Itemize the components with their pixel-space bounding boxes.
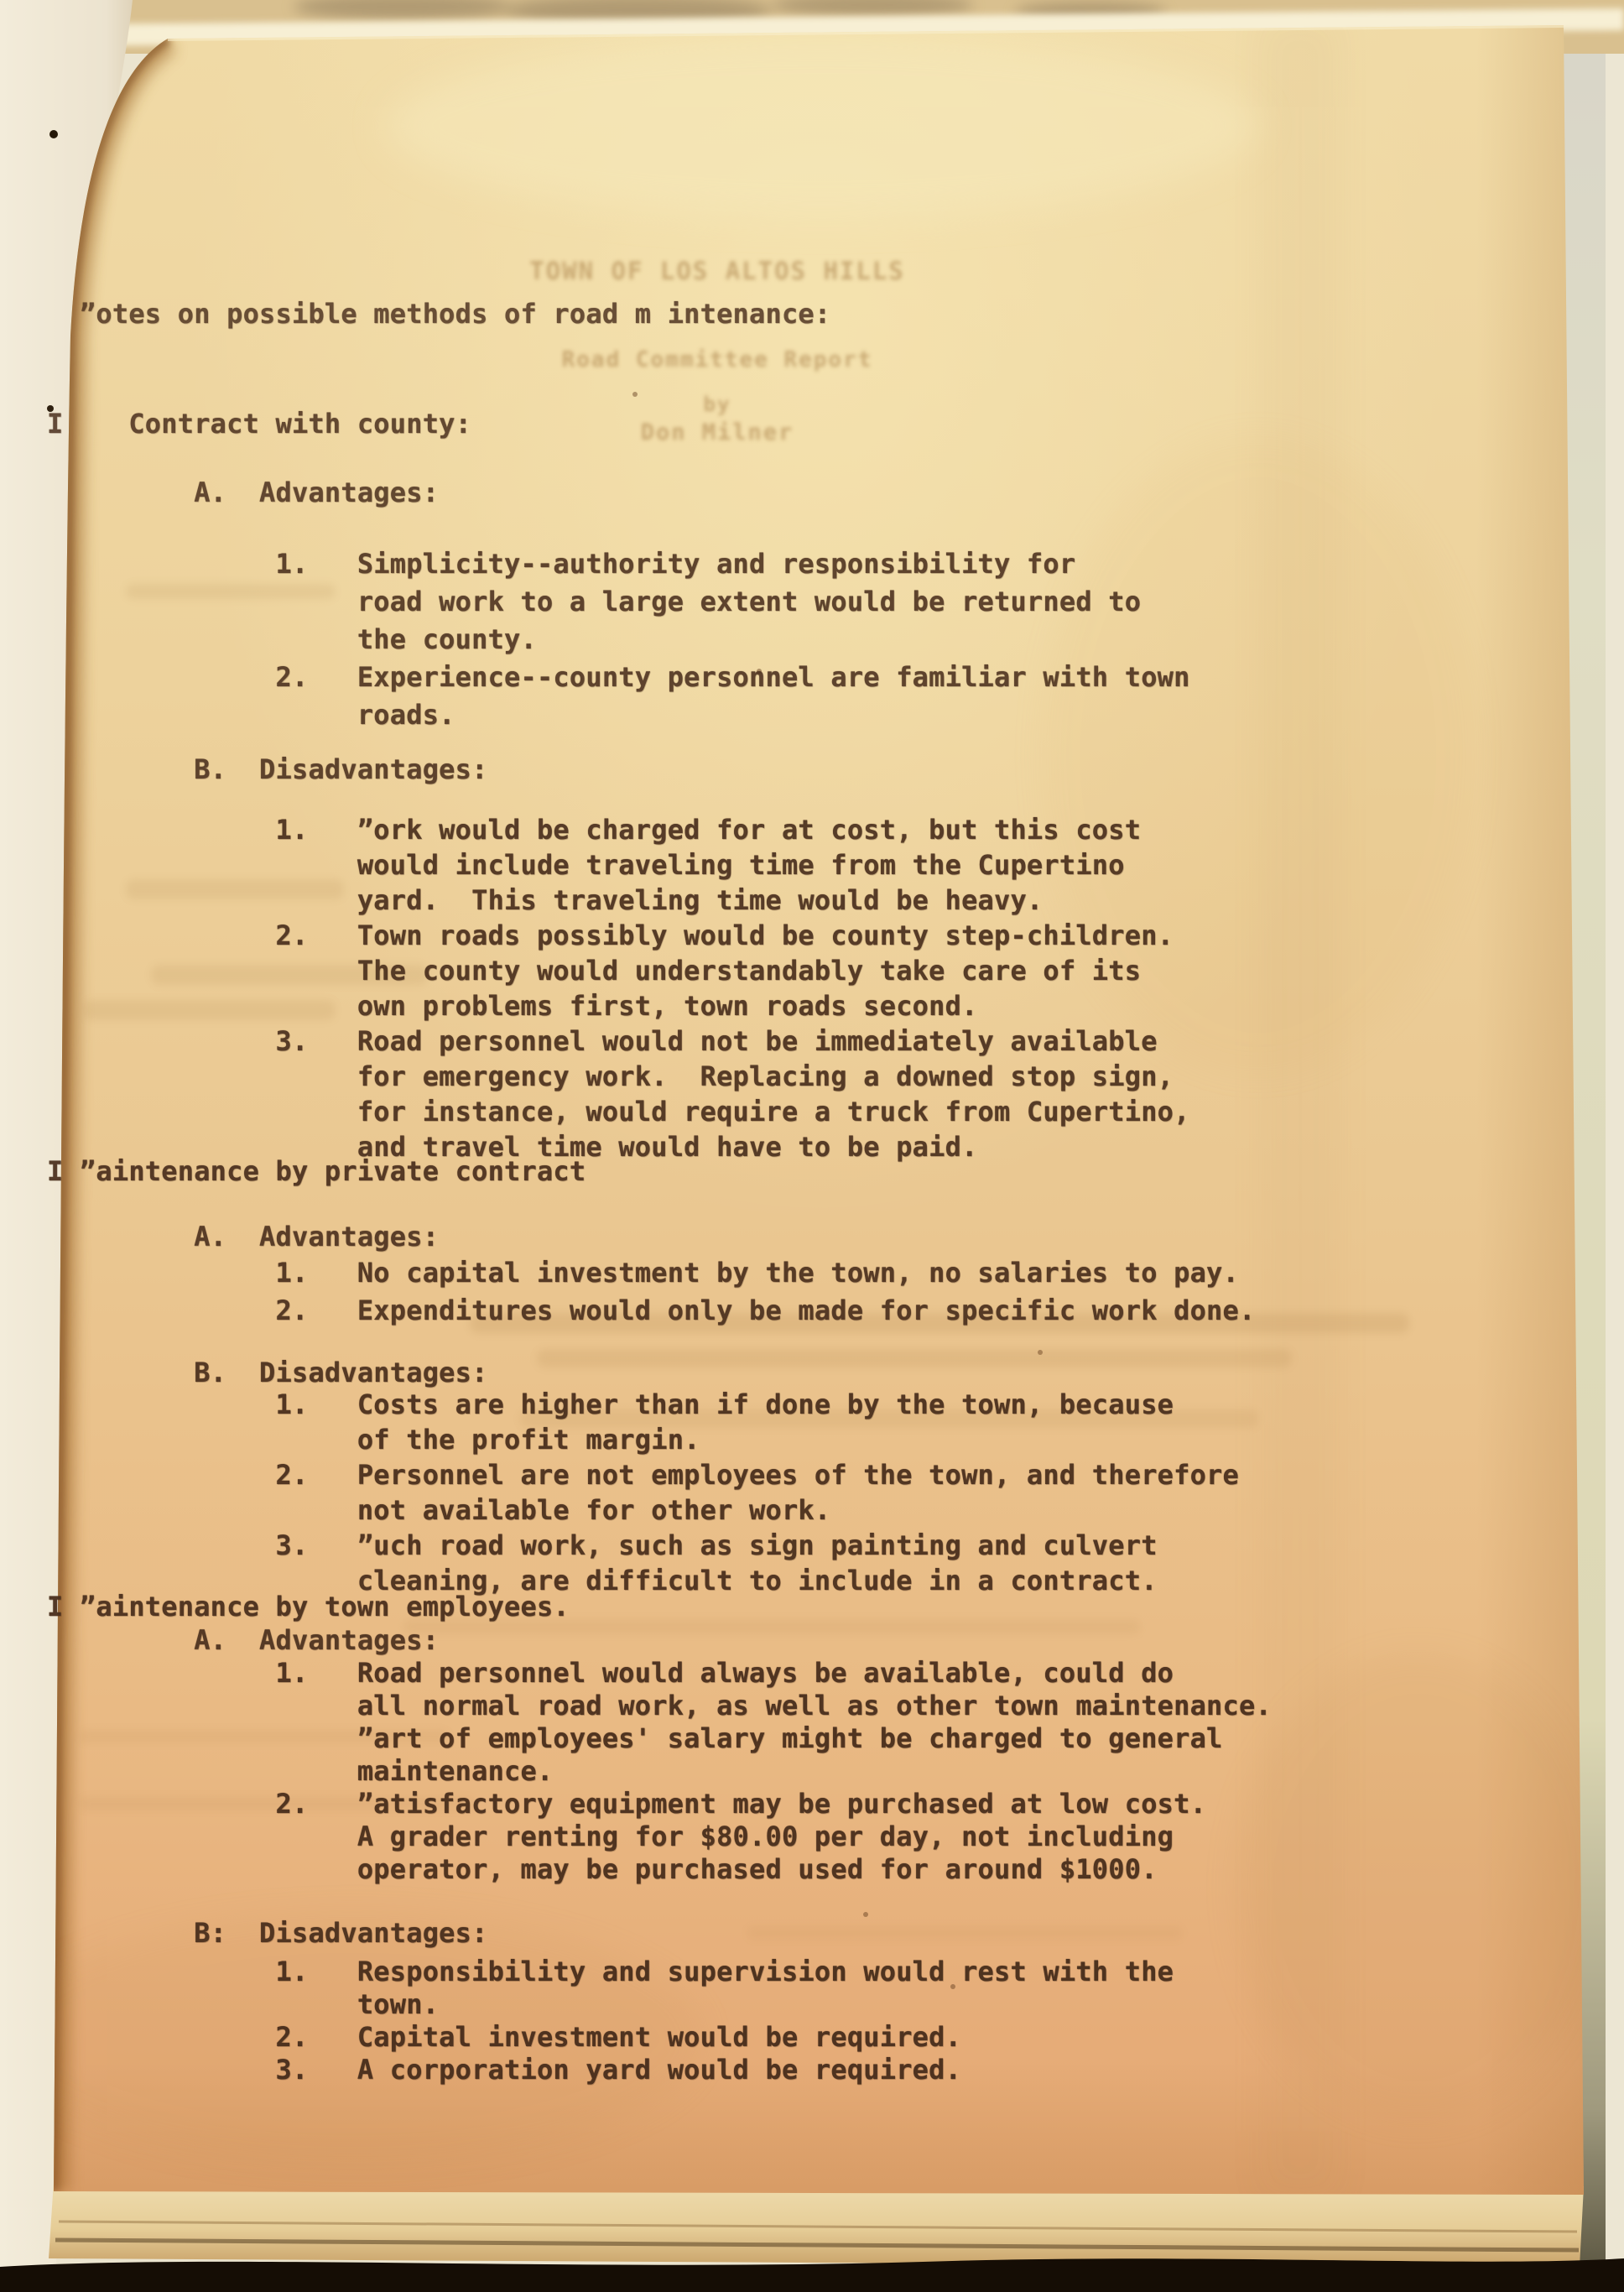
typed-line: 2. Town roads possibly would be county s…: [47, 918, 1190, 953]
typed-section-2-heading: I ”aintenance by private contract: [47, 1153, 586, 1190]
typed-section-2-advantages-items: 1. No capital investment by the town, no…: [47, 1254, 1255, 1330]
typed-line: 1. Simplicity--authority and responsibil…: [47, 545, 1190, 583]
typed-line: for instance, would require a truck from…: [47, 1094, 1190, 1129]
typed-line: roads.: [47, 696, 1190, 734]
scanned-document-page: TOWN OF LOS ALTOS HILLS Road Committee R…: [0, 0, 1624, 2292]
typed-line: 1. ”ork would be charged for at cost, bu…: [47, 812, 1190, 847]
typed-line: 1. Costs are higher than if done by the …: [47, 1387, 1239, 1422]
typed-line: 1. Responsibility and supervision would …: [47, 1956, 1174, 1988]
typed-line: B: Disadvantages:: [47, 1917, 488, 1950]
typed-line: 2. ”atisfactory equipment may be purchas…: [47, 1788, 1272, 1821]
typed-line: A. Advantages:: [47, 1218, 439, 1256]
typed-section-3-disadvantages-items: 1. Responsibility and supervision would …: [47, 1956, 1174, 2086]
typed-line: would include traveling time from the Cu…: [47, 847, 1190, 883]
typed-line: I ”aintenance by private contract: [47, 1153, 586, 1190]
typed-line: B. Disadvantages:: [47, 751, 488, 789]
typed-section-3-advantages-items: 1. Road personnel would always be availa…: [47, 1657, 1272, 1886]
typed-section-3-disadvantages-heading: B: Disadvantages:: [47, 1917, 488, 1950]
typed-line: A grader renting for $80.00 per day, not…: [47, 1821, 1272, 1853]
typed-line: ”art of employees' salary might be charg…: [47, 1722, 1272, 1755]
typed-line: I Contract with county:: [47, 405, 471, 443]
typed-line: 3. A corporation yard would be required.: [47, 2054, 1174, 2086]
bleed-through-byline: by: [457, 393, 977, 416]
typed-line: ”otes on possible methods of road m inte…: [47, 295, 830, 333]
bleed-through-author: Don Milner: [457, 419, 977, 445]
typed-line: 2. Expenditures would only be made for s…: [47, 1292, 1255, 1330]
typed-line: 2. Experience--county personnel are fami…: [47, 659, 1190, 696]
bleed-smudge: [747, 1926, 1183, 1940]
typed-title: ”otes on possible methods of road m inte…: [47, 295, 830, 333]
typed-line: operator, may be purchased used for arou…: [47, 1853, 1272, 1886]
typed-section-1-disadvantages-heading: B. Disadvantages:: [47, 751, 488, 789]
bleed-smudge: [537, 1349, 1292, 1367]
typed-section-1-advantages-items: 1. Simplicity--authority and responsibil…: [47, 545, 1190, 734]
typed-line: road work to a large extent would be ret…: [47, 583, 1190, 621]
typed-line: 1. No capital investment by the town, no…: [47, 1254, 1255, 1292]
typed-section-1-disadvantages-items: 1. ”ork would be charged for at cost, bu…: [47, 812, 1190, 1164]
typed-line: A. Advantages:: [47, 474, 439, 512]
typed-line: 1. Road personnel would always be availa…: [47, 1657, 1272, 1690]
bleed-through-town-name: TOWN OF LOS ALTOS HILLS: [457, 257, 977, 285]
typed-line: town.: [47, 1988, 1174, 2021]
typed-line: A. Advantages:: [47, 1622, 439, 1659]
bleed-through-report-title: Road Committee Report: [457, 347, 977, 372]
typed-section-3-heading: I ”aintenance by town employees.: [47, 1588, 570, 1626]
typed-line: of the profit margin.: [47, 1422, 1239, 1457]
typed-line: 3. ”uch road work, such as sign painting…: [47, 1528, 1239, 1563]
typed-section-1-advantages-heading: A. Advantages:: [47, 474, 439, 512]
typed-section-2-advantages-heading: A. Advantages:: [47, 1218, 439, 1256]
typed-line: for emergency work. Replacing a downed s…: [47, 1059, 1190, 1094]
typed-line: yard. This traveling time would be heavy…: [47, 883, 1190, 918]
typed-line: all normal road work, as well as other t…: [47, 1690, 1272, 1722]
typed-section-2-disadvantages-items: 1. Costs are higher than if done by the …: [47, 1387, 1239, 1598]
typed-line: 2. Capital investment would be required.: [47, 2021, 1174, 2054]
typed-line: the county.: [47, 621, 1190, 659]
typed-section-1-heading: I Contract with county:: [47, 405, 471, 443]
typed-line: 3. Road personnel would not be immediate…: [47, 1024, 1190, 1059]
typed-section-3-advantages-heading: A. Advantages:: [47, 1622, 439, 1659]
typed-line: maintenance.: [47, 1755, 1272, 1788]
typed-line: 2. Personnel are not employees of the to…: [47, 1457, 1239, 1492]
typed-line: The county would understandably take car…: [47, 953, 1190, 988]
typed-line: not available for other work.: [47, 1492, 1239, 1528]
typed-line: I ”aintenance by town employees.: [47, 1588, 570, 1626]
typed-line: own problems first, town roads second.: [47, 988, 1190, 1024]
